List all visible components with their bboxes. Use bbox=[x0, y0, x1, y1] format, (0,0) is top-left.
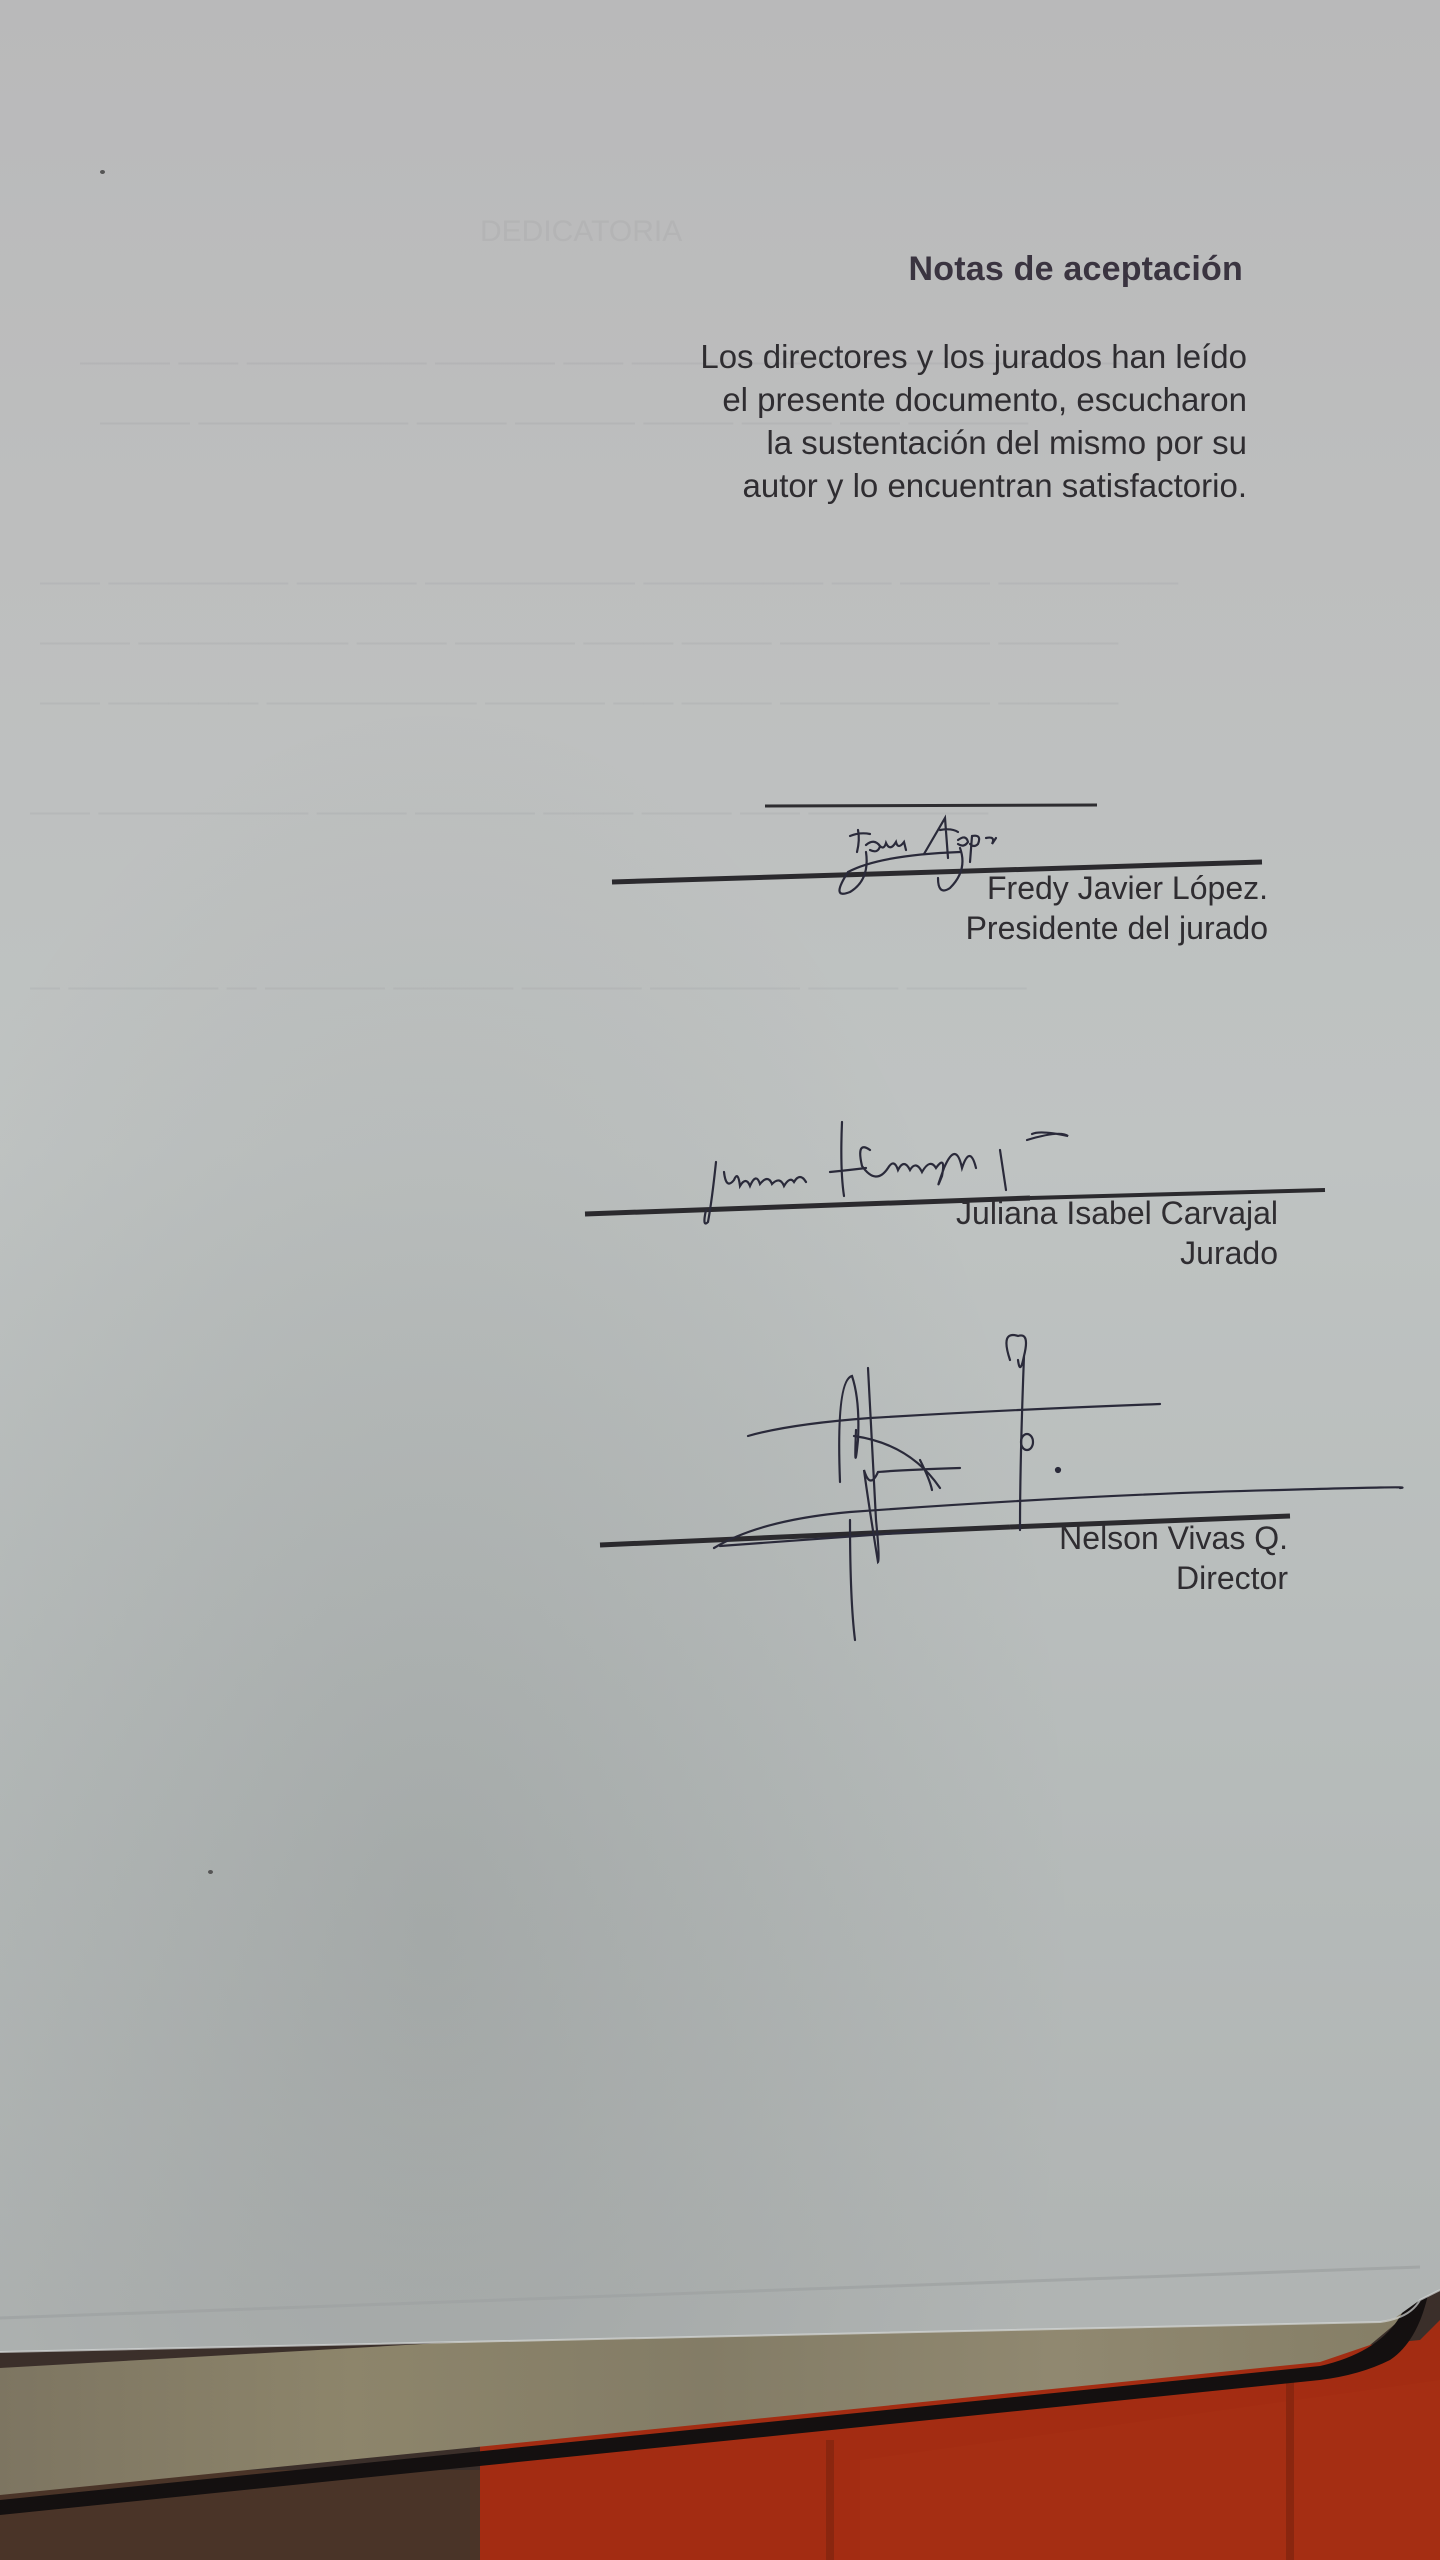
photo-scene: DEDICATORIA ——— —— —————— ———— —— ——————… bbox=[0, 0, 1440, 2560]
table-surface bbox=[0, 0, 1440, 2560]
